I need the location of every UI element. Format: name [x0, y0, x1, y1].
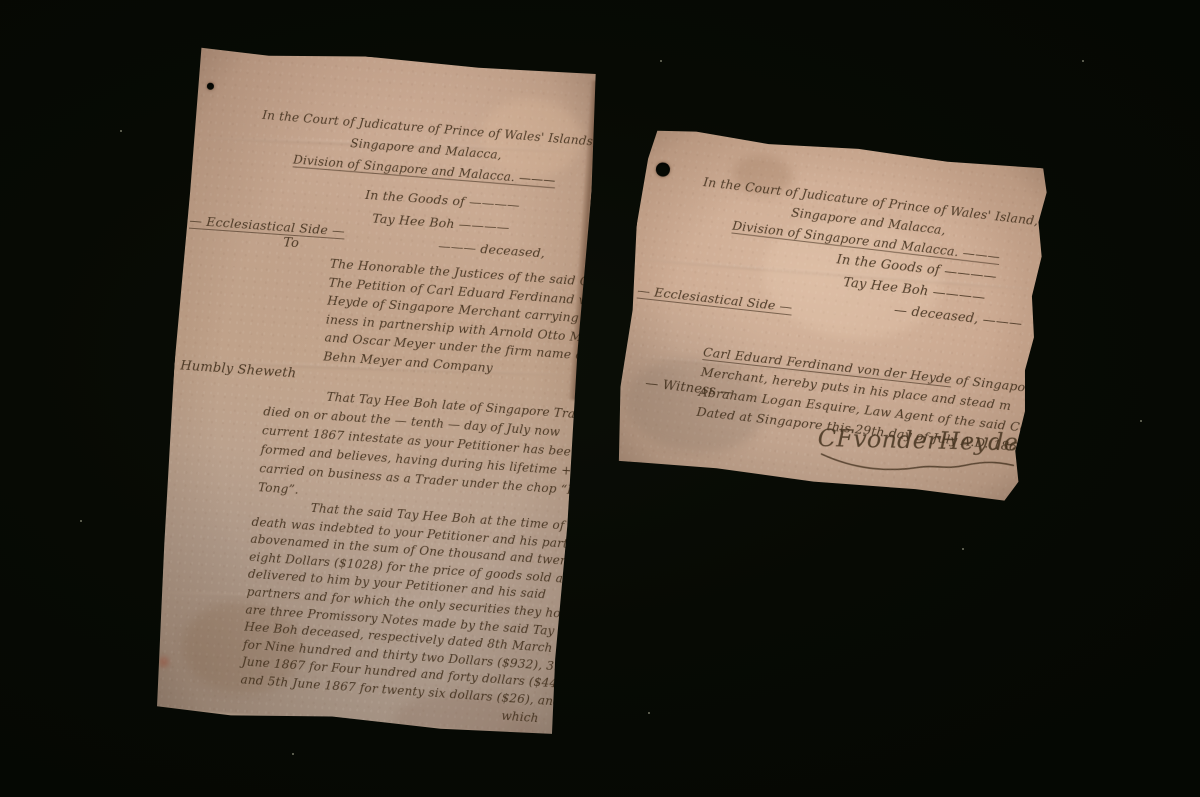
in-the-goods-block: In the Goods of ———— Tay Hee Boh ———— ——… — [333, 181, 549, 265]
dust-speck — [1082, 60, 1084, 62]
dust-speck — [1140, 420, 1142, 422]
petition-address-block: The Honorable the Justices of the said C… — [323, 255, 622, 386]
dust-speck — [292, 753, 294, 755]
court-heading: In the Court of Judicature of Prince of … — [258, 105, 594, 194]
signature-text: CFvonderHeyde — [817, 424, 1018, 457]
salutation-to: To — [283, 235, 300, 251]
ecclesiastical-side-label: — Ecclesiastical Side — — [637, 283, 793, 315]
document-proxy: In the Court of Judicature of Prince of … — [611, 125, 1054, 506]
dust-speck — [660, 60, 662, 62]
humbly-sheweth-label: Humbly Sheweth — [180, 358, 297, 381]
wax-spot — [156, 653, 171, 670]
dust-speck — [648, 712, 650, 714]
punch-hole — [655, 162, 670, 177]
pin-hole — [207, 83, 214, 90]
petition-paragraph-2: That the said Tay Hee Boh at the time of… — [239, 496, 577, 729]
dust-speck — [962, 548, 964, 550]
ecclesiastical-side-label: — Ecclesiastical Side — — [189, 213, 345, 239]
document-petition: In the Court of Judicature of Prince of … — [150, 45, 600, 740]
dust-speck — [120, 130, 122, 132]
photo-backdrop: In the Court of Judicature of Prince of … — [0, 0, 1200, 797]
signature: CFvonderHeyde — [811, 424, 1024, 477]
dust-speck — [80, 520, 82, 522]
